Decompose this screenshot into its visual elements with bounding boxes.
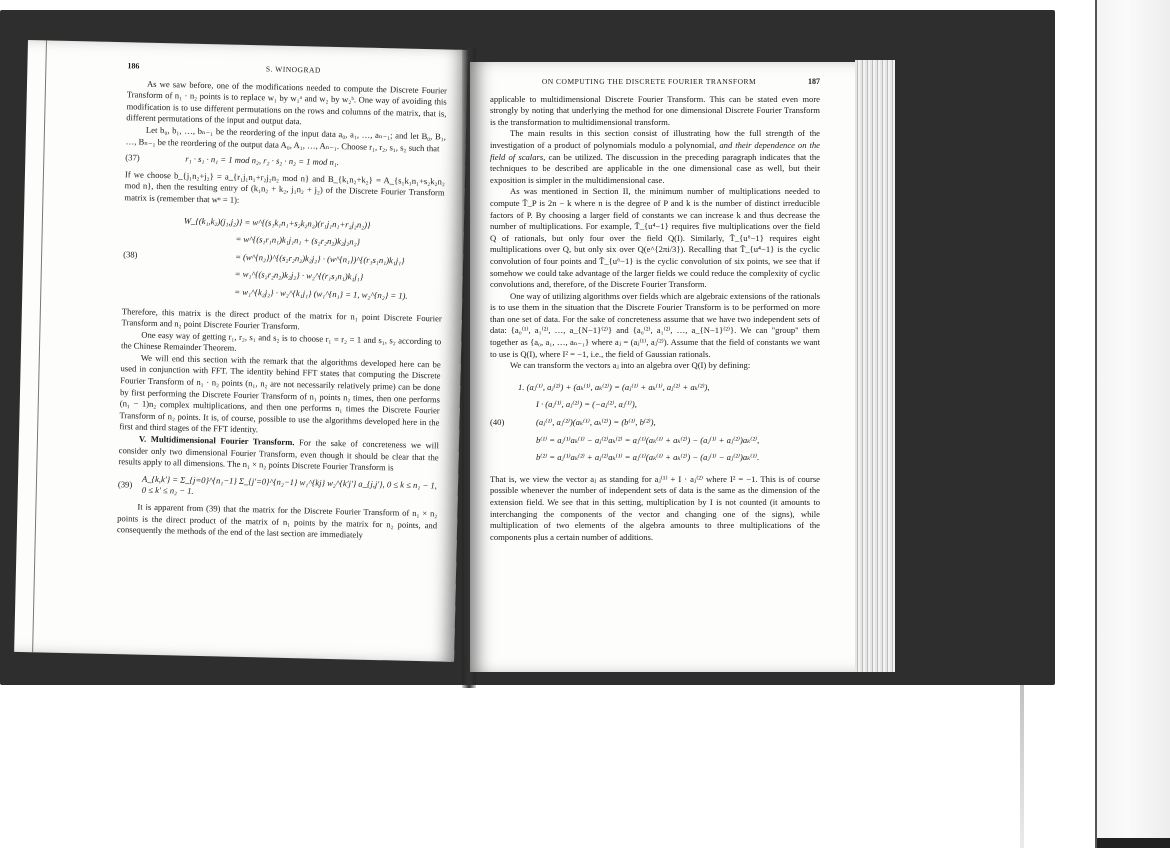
paragraph: We can transform the vectors aⱼ into an … (490, 360, 820, 372)
equation-line: b⁽²⁾ = aⱼ⁽¹⁾aₖ⁽²⁾ + aⱼ⁽²⁾aₖ⁽¹⁾ = aⱼ⁽¹⁾(a… (518, 452, 820, 464)
paragraph: V. Multidimensional Fourier Transform. F… (118, 433, 439, 475)
equation-40: (40) 1. (aⱼ⁽¹⁾, aⱼ⁽²⁾) + (aₖ⁽¹⁾, aₖ⁽²⁾) … (490, 376, 820, 470)
page-number: 186 (127, 60, 139, 72)
right-page: ON COMPUTING THE DISCRETE FOURIER TRANSF… (470, 62, 890, 672)
paragraph: That is, we view the vector aⱼ as standi… (490, 474, 820, 544)
equation-line: b⁽¹⁾ = aⱼ⁽¹⁾aₖ⁽¹⁾ − aⱼ⁽²⁾aₖ⁽²⁾ = aⱼ⁽¹⁾(a… (518, 435, 820, 447)
equation-number: (37) (125, 152, 185, 165)
paragraph: As we saw before, one of the modificatio… (126, 78, 447, 132)
paragraph: applicable to multidimensional Discrete … (490, 94, 820, 129)
paragraph: We will end this section with the remark… (119, 352, 441, 440)
paragraph: It is apparent from (39) that the matrix… (117, 501, 438, 543)
scanner-edge-bar (1097, 838, 1170, 848)
equation-lines: W_{(k₁,k₂)(j₁,j₂)} = w^{(s₁k₁n₁+s₂k₂n₂)(… (182, 209, 444, 309)
equation-number: (38) (123, 249, 183, 262)
equation-line: (aⱼ⁽¹⁾, aⱼ⁽²⁾)(aₖ⁽¹⁾, aₖ⁽²⁾) = (b⁽¹⁾, b⁽… (518, 417, 820, 429)
equation-body: A_{k,k'} = Σ_{j=0}^{n₁−1} Σ_{j'=0}^{n₂−1… (142, 474, 438, 504)
equation-39: (39) A_{k,k'} = Σ_{j=0}^{n₁−1} Σ_{j'=0}^… (118, 473, 438, 503)
paragraph: One way of utilizing algorithms over fie… (490, 291, 820, 361)
equation-line: = w^{(s₁r₁n₁)k₁j₁n₁ + (s₂r₂n₂)k₂j₂n₂} (183, 233, 443, 250)
right-page-content: ON COMPUTING THE DISCRETE FOURIER TRANSF… (490, 76, 820, 543)
left-page: 186 S. WINOGRAD As we saw before, one of… (14, 40, 468, 662)
page-edge-line (32, 40, 47, 652)
equation-line: = (w^{n₂})^{(s₂r₂n₂)k₂j₂} · (w^{n₁})^{(r… (183, 250, 443, 267)
scanner-edge-strip (1095, 0, 1170, 848)
paragraph: If we choose b_{j₁n₂+j₂} = a_{r₁j₁n₁+r₂j… (124, 169, 445, 211)
page-number: 187 (808, 76, 820, 88)
equation-line: = w₁^{(s₂r₂n₂)k₂j₂} · w₂^{(r₁s₁n₁)k₁j₁} (183, 268, 443, 285)
left-running-header: 186 S. WINOGRAD (127, 60, 447, 79)
equation-number: (40) (490, 417, 518, 429)
equation-number: (39) (118, 479, 142, 491)
page-stack-edges (855, 60, 895, 672)
equation-body: r₁ · s₁ · n₁ = 1 mod n₂, r₂ · s₂ · n₂ = … (185, 154, 445, 171)
equation-38: (38) W_{(k₁,k₂)(j₁,j₂)} = w^{(s₁k₁n₁+s₂k… (122, 208, 444, 309)
title-header: ON COMPUTING THE DISCRETE FOURIER TRANSF… (542, 76, 756, 88)
equation-line: I · (aⱼ⁽¹⁾, aⱼ⁽²⁾) = (−aⱼ⁽²⁾, aⱼ⁽¹⁾), (518, 399, 820, 411)
equation-line: = w₁^{k₂j₂} · w₂^{k₁j₁} (w₁^{n₁} = 1, w₂… (182, 285, 442, 302)
author-header: S. WINOGRAD (266, 63, 321, 76)
equation-lines: 1. (aⱼ⁽¹⁾, aⱼ⁽²⁾) + (aₖ⁽¹⁾, aₖ⁽²⁾) = (aⱼ… (518, 376, 820, 470)
scan-artifact-line (1020, 685, 1024, 848)
left-page-content: 186 S. WINOGRAD As we saw before, one of… (117, 60, 448, 543)
paragraph: The main results in this section consist… (490, 128, 820, 186)
equation-line: W_{(k₁,k₂)(j₁,j₂)} = w^{(s₁k₁n₁+s₂k₂n₂)(… (184, 215, 444, 232)
right-running-header: ON COMPUTING THE DISCRETE FOURIER TRANSF… (490, 76, 820, 88)
equation-37: (37) r₁ · s₁ · n₁ = 1 mod n₂, r₂ · s₂ · … (125, 152, 445, 171)
equation-line: 1. (aⱼ⁽¹⁾, aⱼ⁽²⁾) + (aₖ⁽¹⁾, aₖ⁽²⁾) = (aⱼ… (518, 382, 820, 394)
paragraph: As was mentioned in Section II, the mini… (490, 186, 820, 290)
